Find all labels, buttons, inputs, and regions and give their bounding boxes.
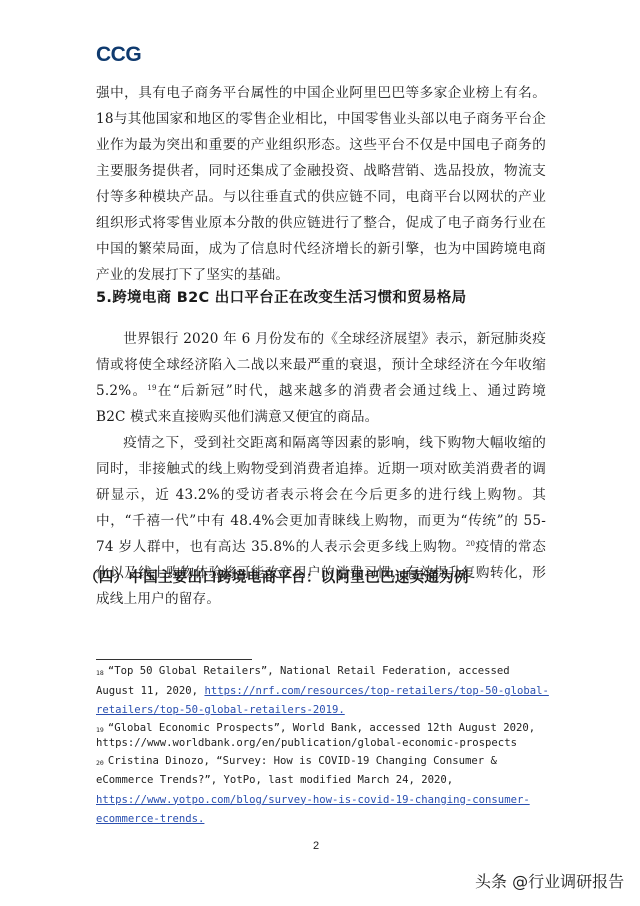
paragraph-text: 在“后新冠”时代，越来越多的消费者会通过线上、通过跨境 B2C 模式来直接购买他… (96, 383, 546, 425)
footnote-divider (96, 659, 252, 660)
section-5-heading: 5.跨境电商 B2C 出口平台正在改变生活习惯和贸易格局 (96, 286, 466, 307)
intro-paragraph: 强中，具有电子商务平台属性的中国企业阿里巴巴等多家企业榜上有名。18与其他国家和… (96, 80, 546, 288)
footnote-18: 18“Top 50 Global Retailers”, National Re… (96, 662, 552, 721)
footnotes: 18“Top 50 Global Retailers”, National Re… (96, 662, 552, 830)
page-number: 2 (313, 840, 319, 852)
watermark: 头条 @行业调研报告 (475, 869, 624, 892)
footnote-url: https://www.worldbank.org/en/publication… (96, 737, 517, 749)
section-4-heading: （四）中国主要出口跨境电商平台：以阿里巴巴速卖通为例 (84, 566, 469, 587)
footnote-ref-20[interactable]: 20 (466, 540, 475, 548)
paragraph-world-bank: 世界银行 2020 年 6 月份发布的《全球经济展望》表示，新冠肺炎疫情或将使全… (96, 326, 546, 430)
intro-section: 强中，具有电子商务平台属性的中国企业阿里巴巴等多家企业榜上有名。18与其他国家和… (96, 80, 546, 288)
footnote-link[interactable]: https://www.yotpo.com/blog/survey-how-is… (96, 794, 530, 826)
footnote-19: 19“Global Economic Prospects”, World Ban… (96, 721, 552, 752)
paragraph-text: 疫情之下，受到社交距离和隔离等因素的影响，线下购物大幅收缩的同时，非接触式的线上… (96, 435, 546, 555)
footnote-20: 20Cristina Dinozo, “Survey: How is COVID… (96, 752, 552, 830)
footnote-ref-19[interactable]: 19 (147, 384, 156, 392)
ccg-logo: CCG (96, 43, 141, 67)
